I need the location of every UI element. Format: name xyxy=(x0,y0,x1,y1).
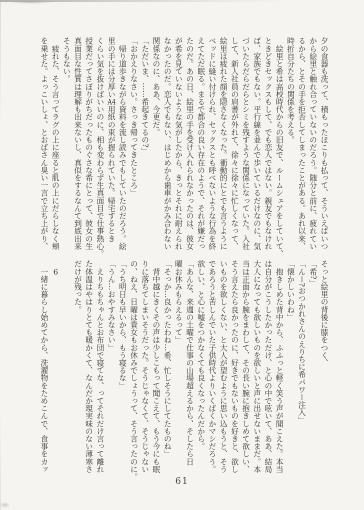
text-line: を乗せた。よっこいしょ、とおばさん臭い一言で立ち上がり、 xyxy=(39,37,50,251)
text-line: 6 xyxy=(50,260,61,474)
text-line: いものを欲しくない、と大人が望むように思い込もうと、そう xyxy=(218,260,229,474)
text-line: 「うち明日も早いから、もう寝るな」 xyxy=(117,260,128,474)
text-line: ときどきセックスもして、でも恋人ではない。親友でもなけれ xyxy=(263,37,274,251)
text-line: 「希?」 xyxy=(308,260,319,474)
text-line: えてただ眠る。まるで都合の良い存在のようで、それが嫌だっ xyxy=(196,37,207,251)
text-line: 欲しい、と心に嘘をつかなくても良くなったんだから。 xyxy=(196,260,207,474)
text-line: 関係なのに、ああ、今更だ。 xyxy=(151,37,162,251)
text-line: たのだ。あの日、絵里の手を受け入れられなかったのは、彼女 xyxy=(184,37,195,251)
scan-artifact-left-edge xyxy=(0,0,1,510)
text-line: 帰り道歩きながら資料を流し読みでもしていたのだろう。絵 xyxy=(117,37,128,251)
tatechuyoko-run: 6 xyxy=(51,268,60,276)
scan-artifact-top-left xyxy=(8,0,54,4)
text-line: そうもない。 xyxy=(61,37,72,251)
text-line: 背中越にきくその声は少しこもって聞こえて、もう今にも眠 xyxy=(151,260,162,474)
text-line: なかったのだ。恋人でもない、はじめから歯車がかみ合わない xyxy=(162,37,173,251)
text-line: そう言えたら良かったのに、好きでもないものを好きと、欲し xyxy=(229,260,240,474)
text-line: 夕の食器も洗って、積もったほこりも払って、そういえばいつ xyxy=(319,37,330,251)
text-line: であろうと苦しんでいた子供時代よりいくばくかマシだろう。 xyxy=(207,260,218,474)
text-line: くらい気を抜けばいいのに、相も変わらず生真面目で仕事熱心。 xyxy=(95,37,106,251)
text-line: るから、とその手を拒否してしまったことがある。あれ以来、 xyxy=(296,37,307,251)
text-line: えりちもちゃんとお布団で寝てな、ってそれだけ言って離れ xyxy=(95,260,106,474)
text-line: 曜お休みもらえるって」 xyxy=(173,260,184,474)
text-line: 当は正面から腕をまわして、その長い腕に抱きしめて欲しい、 xyxy=(240,260,251,474)
text-line: 「うん…おやすみなさい」 xyxy=(106,260,117,474)
text-line: 「んー?おつかれさんのえりちに希パワー注入」 xyxy=(296,260,307,474)
text-line: の、ねえ、日曜は貴女もお休みでしょうって、そう言ったのに。 xyxy=(128,260,139,474)
text-line: ベッドに縫い付けられ、セックスとも呼べないような行為を終 xyxy=(207,37,218,251)
text-line: そっと絵里の背後に膝をつく、 xyxy=(319,260,330,474)
text-line: 「おかえりなさい。さっき帰ってきたところ」 xyxy=(128,37,139,251)
bottom-text-block: そっと絵里の背後に膝をつく、「希?」「んー?おつかれさんのえりちに希パワー注入」… xyxy=(39,260,330,474)
text-line: 絵里は疲れた顔を隠さなくなった。衝動的にとでも言うように xyxy=(218,37,229,251)
text-line: 授業だってさぼりがちだったものぐさな希にとって、彼女の生 xyxy=(84,37,95,251)
text-line: た体温はやはりとても暖かくて、なんだか現実味のない薄寒さ xyxy=(84,260,95,474)
scan-artifact-bottom-left xyxy=(0,502,10,508)
text-line: から絵里と触れ合っていないのだろう。随分と前に、疲れてい xyxy=(308,37,319,251)
text-line: 「懐かしいわね」 xyxy=(285,260,296,474)
text-line: が希を見ていないような気がしたから、きっとそれに耐えられ xyxy=(173,37,184,251)
page-number: 61 xyxy=(0,477,364,487)
text-line: 疲れた、そう言ってラグの上に座ると肌の上にだらしなく頬 xyxy=(50,37,61,251)
text-line: 真面目な性質は理解も出来ないし、真似をするなんて到底出来 xyxy=(72,37,83,251)
text-line: 時折自分たちの関係を考える。 xyxy=(285,37,296,251)
text-line: 里の手には分厚いA4用紙の束が握られていた。帰宅するとき xyxy=(106,37,117,251)
tatechuyoko-run: A4 xyxy=(107,98,116,106)
text-line: 「あんな、来週の土曜で仕事の山場超えるから、そしたら日 xyxy=(184,260,195,474)
text-line: 絵里と希は高校時代からの旧友で、ルームシェアをしていて、 xyxy=(274,37,285,251)
text-line: だけが残った。 xyxy=(72,260,83,474)
text-line: ば、家族でもない。平行線を並んで歩いているだけなのに、気 xyxy=(252,37,263,251)
text-line: 「ただいま、……希起きてるの?」 xyxy=(140,37,151,251)
text-line: づいたらだらだらとシミを残すような関係になっていた。入社 xyxy=(240,37,251,251)
text-line xyxy=(61,260,72,474)
text-line: して、新人社員の肩書が外れて、徐々に徐々に忙しくなって、 xyxy=(229,37,240,251)
text-line: 一緒に暮らし始めてから、洗濯物をためこんで、食事をカッ xyxy=(39,260,50,474)
top-text-block: 夕の食器も洗って、積もったほこりも払って、そういえばいつから絵里と触れ合っていな… xyxy=(39,37,330,251)
book-page: 夕の食器も洗って、積もったほこりも払って、そういえばいつから絵里と触れ合っていな… xyxy=(0,0,364,510)
text-line: 抱きしめた背中から、ふふっと軽く笑う声が聞こえた。本当 xyxy=(274,260,285,474)
text-line: りに落ちてしまいそうだった。そうじゃなくて、そうじゃない xyxy=(140,260,151,474)
text-line: 大人になっても欲しいものを欲しいと声に出せないままだ。本 xyxy=(252,260,263,474)
text-line: 「そっか…良かったわね…希、忙しそうにしてたものね」 xyxy=(162,260,173,474)
text-line: は自分がこうしたかっただけ、と心の中で呟いて、ああ、結局 xyxy=(263,260,274,474)
